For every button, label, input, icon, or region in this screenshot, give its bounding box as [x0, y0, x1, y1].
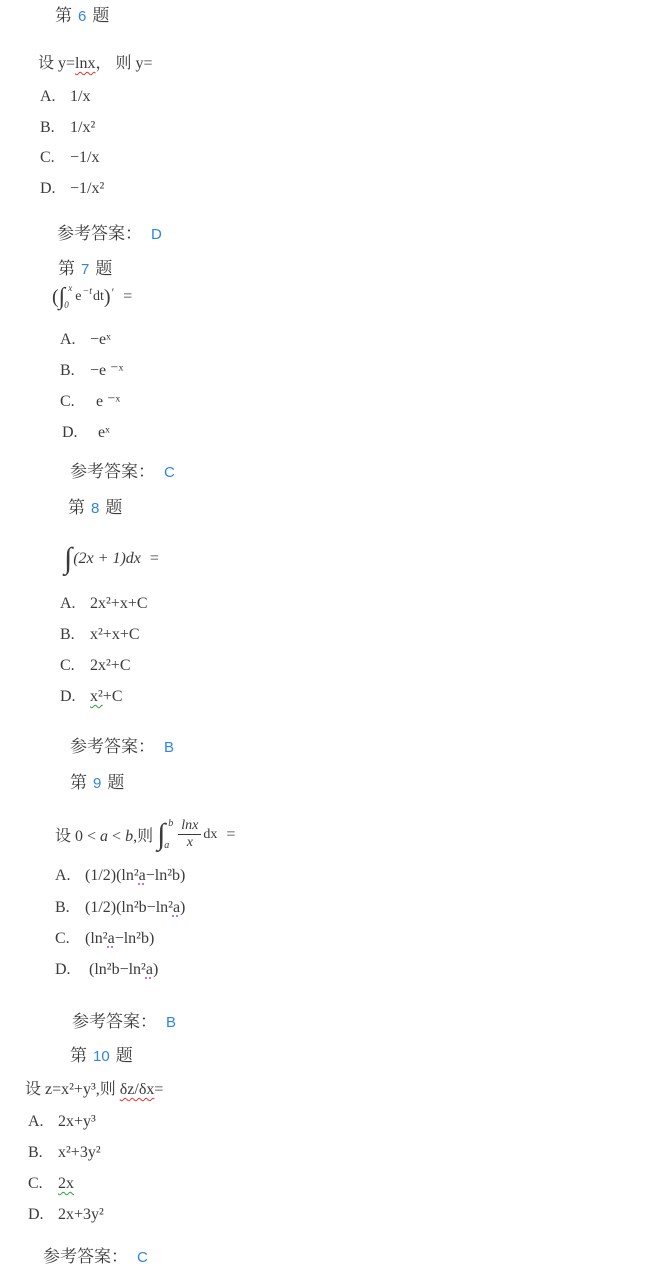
answer-10: 参考答案：C	[43, 1247, 148, 1267]
option-label: B.	[60, 625, 90, 644]
question-10-heading: 第10题	[70, 1046, 133, 1066]
option-label: D.	[62, 423, 98, 442]
option-text: 1/x	[70, 88, 90, 105]
option-10-d: D.2x+3y²	[28, 1205, 104, 1224]
option-label: A.	[40, 87, 70, 106]
option-label: C.	[55, 929, 85, 948]
option-text: −1/x	[70, 149, 99, 166]
exponent: −t	[82, 286, 92, 297]
option-7-b: B.−e ⁻ˣ	[60, 361, 123, 380]
lower-limit: 0	[64, 301, 72, 310]
option-label: D.	[55, 960, 85, 979]
text-part: a	[139, 867, 146, 884]
option-text: eˣ	[98, 424, 110, 441]
text-part: b	[125, 828, 133, 845]
text-part: 2x+y³	[58, 1113, 96, 1130]
e-base: e	[75, 289, 81, 305]
text-part: ,则	[133, 828, 153, 845]
text-part: 2x+3y²	[58, 1206, 104, 1223]
option-6-d: D.−1/x²	[40, 179, 104, 198]
question-6-stem: 设 y=lnx， 则 y=	[38, 54, 153, 73]
text-part: a	[108, 930, 115, 947]
option-9-c: C.(ln²a−ln²b)	[55, 929, 154, 948]
option-text: −1/x²	[70, 180, 104, 197]
option-text: x²+x+C	[90, 626, 140, 643]
fraction-numerator: lnx	[178, 818, 201, 834]
option-label: B.	[40, 118, 70, 137]
option-text: (1/2)(ln²a−ln²b)	[85, 867, 185, 884]
option-label: C.	[28, 1174, 58, 1193]
option-text: −eˣ	[90, 331, 111, 348]
text-part: (ln²b−ln²	[85, 961, 146, 978]
option-7-c: C.e ⁻ˣ	[60, 392, 120, 411]
question-7-formula: ( ∫ x0 e −t dt ) ′ =	[52, 284, 132, 310]
text-part: 1/x	[70, 88, 90, 105]
lower-limit: a	[164, 841, 173, 851]
question-9-heading: 第9题	[70, 773, 124, 793]
answer-prefix: 参考答案：	[57, 224, 142, 243]
text-part: +C	[103, 688, 123, 705]
option-text: (ln²a−ln²b)	[85, 930, 154, 947]
text-part: 设 z=x²+y³,则	[25, 1081, 120, 1098]
question-6-heading: 第6题	[55, 6, 109, 26]
text-part: )	[180, 899, 185, 916]
integral-limits: x0	[64, 284, 72, 310]
text-part: x²	[90, 688, 103, 705]
equals-sign: =	[226, 826, 235, 844]
question-number: 10	[93, 1048, 110, 1065]
option-label: B.	[60, 361, 90, 380]
text-part: −1/x	[70, 149, 99, 166]
answer-prefix: 参考答案：	[72, 1012, 157, 1031]
text-part: a	[146, 961, 153, 978]
question-9-formula: 设 0 < a < b,则 ∫ ba lnxx dx =	[55, 818, 235, 851]
option-text: e ⁻ˣ	[96, 393, 120, 410]
text-part: −eˣ	[90, 331, 111, 348]
equals-sign: =	[150, 550, 159, 568]
option-7-d: D.eˣ	[62, 423, 110, 442]
text-part: lnx	[75, 55, 95, 72]
option-text: 2x+y³	[58, 1113, 96, 1130]
answer-prefix: 参考答案：	[70, 737, 155, 756]
lparen: (	[52, 287, 59, 307]
option-label: D.	[40, 179, 70, 198]
answer-letter: B	[166, 1014, 176, 1031]
heading-post: 题	[105, 498, 122, 517]
question-10-stem: 设 z=x²+y³,则 δz/δx=	[25, 1080, 163, 1099]
option-6-c: C.−1/x	[40, 148, 99, 167]
integral-icon: ∫	[64, 546, 72, 572]
option-9-a: A.(1/2)(ln²a−ln²b)	[55, 866, 185, 885]
option-10-a: A.2x+y³	[28, 1112, 96, 1131]
text-part: 设 0 <	[55, 828, 100, 845]
option-label: A.	[55, 866, 85, 885]
text-part: a	[173, 899, 180, 916]
fraction: lnxx	[178, 818, 201, 851]
option-text: (ln²b−ln²a)	[85, 961, 158, 978]
option-label: A.	[60, 594, 90, 613]
heading-pre: 第	[58, 259, 75, 278]
option-8-c: C.2x²+C	[60, 656, 131, 675]
heading-post: 题	[95, 259, 112, 278]
option-10-c: C.2x	[28, 1174, 74, 1193]
option-text: x²+3y²	[58, 1144, 101, 1161]
answer-prefix: 参考答案：	[70, 462, 155, 481]
option-9-b: B.(1/2)(ln²b−ln²a)	[55, 898, 185, 917]
option-label: D.	[60, 687, 90, 706]
heading-pre: 第	[70, 773, 87, 792]
option-label: B.	[28, 1143, 58, 1162]
answer-letter: D	[151, 226, 162, 243]
text-part: (1/2)(ln²b−ln²	[85, 899, 173, 916]
option-text: 2x²+x+C	[90, 595, 148, 612]
option-text: (1/2)(ln²b−ln²a)	[85, 899, 185, 916]
text-part: δz/δx	[120, 1081, 155, 1098]
integral-limits: ba	[164, 819, 173, 851]
option-label: A.	[60, 330, 90, 349]
option-6-b: B.1/x²	[40, 118, 95, 137]
rparen: )	[104, 287, 111, 307]
question-8-heading: 第8题	[68, 498, 122, 518]
exam-document-page: 第6题 设 y=lnx， 则 y= A.1/x B.1/x² C.−1/x D.…	[0, 0, 667, 1275]
option-text: 2x+3y²	[58, 1206, 104, 1223]
text-part: <	[108, 828, 125, 845]
answer-letter: C	[164, 464, 175, 481]
text-part: −1/x²	[70, 180, 104, 197]
option-label: A.	[28, 1112, 58, 1131]
option-text: −e ⁻ˣ	[90, 362, 123, 379]
text-part: 2x²+x+C	[90, 595, 148, 612]
option-label: C.	[40, 148, 70, 167]
text-part: ， 则 y=	[95, 55, 152, 72]
answer-letter: C	[137, 1249, 148, 1266]
option-9-d: D. (ln²b−ln²a)	[55, 960, 158, 979]
equals-sign: =	[123, 288, 132, 306]
option-label: B.	[55, 898, 85, 917]
heading-pre: 第	[55, 6, 72, 25]
fraction-denominator: x	[178, 834, 201, 851]
text-part: =	[154, 1081, 163, 1098]
option-label: C.	[60, 656, 90, 675]
text-part: 设 y=	[38, 55, 75, 72]
heading-post: 题	[92, 6, 109, 25]
text-part: −ln²b)	[115, 930, 155, 947]
question-8-formula: ∫ (2x + 1)dx =	[64, 546, 159, 572]
question-number: 6	[78, 8, 86, 25]
answer-6: 参考答案：D	[57, 224, 162, 244]
answer-7: 参考答案：C	[70, 462, 175, 482]
question-7-heading: 第7题	[58, 259, 112, 279]
heading-post: 题	[116, 1046, 133, 1065]
option-7-a: A.−eˣ	[60, 330, 111, 349]
text-part: (ln²	[85, 930, 108, 947]
text-part: e ⁻ˣ	[96, 393, 120, 410]
text-part: a	[100, 828, 108, 845]
text-part: (1/2)(ln²	[85, 867, 139, 884]
text-part: 2x	[58, 1175, 74, 1192]
differential: dx	[203, 827, 217, 843]
heading-post: 题	[107, 773, 124, 792]
text-part: x²+3y²	[58, 1144, 101, 1161]
option-label: C.	[60, 392, 96, 411]
option-10-b: B.x²+3y²	[28, 1143, 101, 1162]
option-8-a: A.2x²+x+C	[60, 594, 148, 613]
upper-limit: b	[168, 819, 173, 829]
answer-8: 参考答案：B	[70, 737, 174, 757]
option-label: D.	[28, 1205, 58, 1224]
option-text: 2x²+C	[90, 657, 131, 674]
condition-text: 设 0 < a < b,则	[55, 823, 153, 846]
heading-pre: 第	[68, 498, 85, 517]
text-part: )	[153, 961, 158, 978]
text-part: −ln²b)	[146, 867, 186, 884]
text-part: eˣ	[98, 424, 110, 441]
differential: dt	[93, 289, 104, 305]
option-text: 2x	[58, 1175, 74, 1192]
prime-mark: ′	[112, 285, 115, 300]
option-8-b: B.x²+x+C	[60, 625, 140, 644]
question-number: 8	[91, 500, 99, 517]
question-number: 7	[81, 261, 89, 278]
integrand: (2x + 1)dx	[73, 550, 141, 568]
question-number: 9	[93, 775, 101, 792]
option-text: 1/x²	[70, 119, 95, 136]
option-6-a: A.1/x	[40, 87, 90, 106]
answer-prefix: 参考答案：	[43, 1247, 128, 1266]
text-part: −e ⁻ˣ	[90, 362, 123, 379]
text-part: x²+x+C	[90, 626, 140, 643]
text-part: 2x²+C	[90, 657, 131, 674]
answer-letter: B	[164, 739, 174, 756]
upper-limit: x	[68, 284, 72, 293]
option-8-d: D.x²+C	[60, 687, 123, 706]
answer-9: 参考答案：B	[72, 1012, 176, 1032]
heading-pre: 第	[70, 1046, 87, 1065]
text-part: 1/x²	[70, 119, 95, 136]
option-text: x²+C	[90, 688, 123, 705]
